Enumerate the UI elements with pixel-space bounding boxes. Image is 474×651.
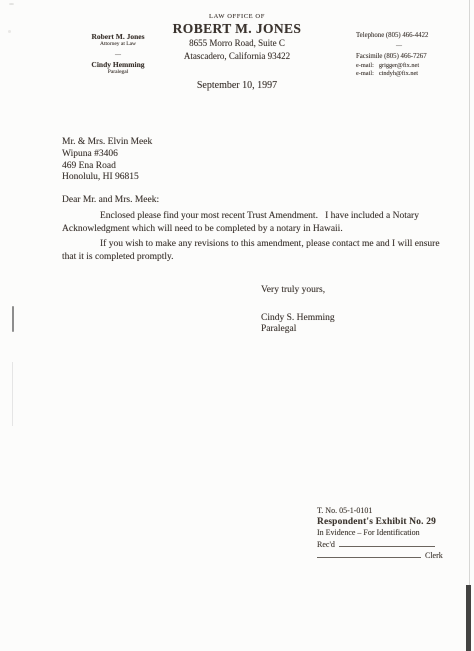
letterhead-right-divider: — bbox=[396, 43, 462, 50]
closing-block: Very truly yours, Cindy S. Hemming Paral… bbox=[261, 285, 335, 336]
law-office-line: LAW OFFICE OF bbox=[0, 13, 474, 20]
recipient-address-block: Mr. & Mrs. Elvin Meek Wipuna #3406 469 E… bbox=[62, 137, 152, 184]
paralegal-name: Cindy Hemming bbox=[70, 61, 166, 69]
stamp-recd-label: Rec'd bbox=[317, 540, 335, 549]
salutation: Dear Mr. and Mrs. Meek: bbox=[62, 195, 159, 205]
telephone-line: Telephone (805) 466-4422 bbox=[356, 32, 462, 40]
email-2-label: e-mail: bbox=[356, 70, 374, 77]
stamp-case-number: T. No. 05-1-0101 bbox=[317, 506, 462, 517]
letterhead-contact-block: Telephone (805) 466-4422 — Facsimile (80… bbox=[356, 32, 462, 77]
stamp-exhibit-title: Respondent's Exhibit No. 29 bbox=[317, 517, 462, 529]
stamp-evidence-line: In Evidence – For Identification bbox=[317, 528, 462, 539]
body-paragraph-2: If you wish to make any revisions to thi… bbox=[62, 238, 454, 263]
stamp-clerk-blank-line bbox=[317, 550, 421, 558]
email-1-label: e-mail: bbox=[356, 62, 374, 69]
exhibit-stamp: T. No. 05-1-0101 Respondent's Exhibit No… bbox=[317, 506, 462, 562]
scan-artifact-left-margin-faint-mark bbox=[12, 362, 13, 426]
email-line-2: e-mail:cindyh@fix.net bbox=[356, 70, 462, 77]
stamp-clerk-label: Clerk bbox=[425, 551, 443, 560]
signer-title: Paralegal bbox=[261, 324, 335, 336]
letter-date: September 10, 1997 bbox=[0, 80, 474, 91]
valediction: Very truly yours, bbox=[261, 285, 335, 297]
scan-speck-left bbox=[8, 30, 11, 33]
email-2-address: cindyh@fix.net bbox=[379, 70, 418, 77]
stamp-recd-row: Rec'd bbox=[317, 539, 462, 551]
recipient-line-city: Honolulu, HI 96815 bbox=[62, 172, 152, 184]
stamp-recd-blank-line bbox=[339, 539, 435, 547]
scan-artifact-dark-edge-strip bbox=[466, 585, 471, 651]
scan-speck-top-left bbox=[9, 3, 14, 5]
paralegal-title: Paralegal bbox=[70, 70, 166, 76]
email-1-address: grigger@fix.net bbox=[379, 62, 419, 69]
signer-name: Cindy S. Hemming bbox=[261, 313, 335, 325]
scanned-letter-page: Robert M. Jones Attorney at Law — Cindy … bbox=[0, 0, 474, 651]
facsimile-line: Facsimile (805) 466-7267 bbox=[356, 53, 462, 61]
recipient-line-unit: Wipuna #3406 bbox=[62, 149, 152, 161]
body-paragraph-1: Enclosed please find your most recent Tr… bbox=[62, 210, 454, 235]
stamp-clerk-row: Clerk bbox=[317, 550, 462, 562]
recipient-line-street: 469 Ena Road bbox=[62, 161, 152, 173]
email-line-1: e-mail:grigger@fix.net bbox=[356, 62, 462, 69]
scan-artifact-left-margin-mark bbox=[12, 306, 14, 332]
scan-artifact-right-edge-line bbox=[469, 0, 470, 651]
recipient-line-name: Mr. & Mrs. Elvin Meek bbox=[62, 137, 152, 149]
